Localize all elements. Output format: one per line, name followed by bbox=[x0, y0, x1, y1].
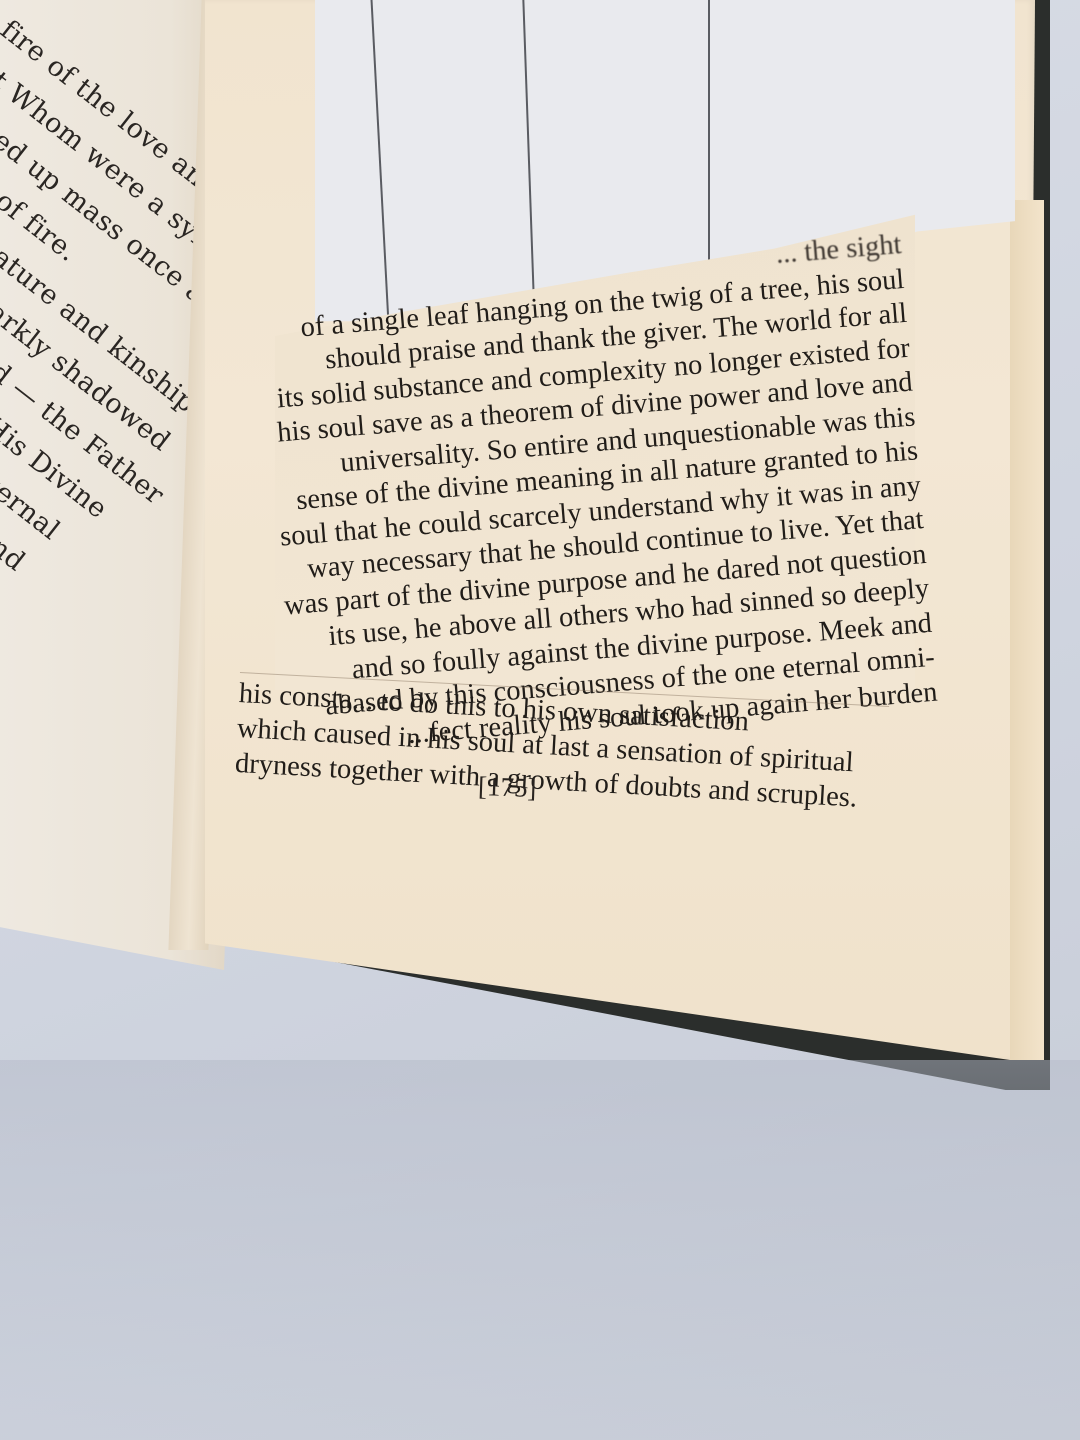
table-surface bbox=[0, 1060, 1080, 1440]
photo-scene: t of the fire of the love and al, agains… bbox=[0, 0, 1080, 1440]
page-edge bbox=[1010, 200, 1044, 1060]
sheet-rule-line bbox=[708, 0, 710, 270]
page-number: [175] bbox=[477, 771, 537, 804]
